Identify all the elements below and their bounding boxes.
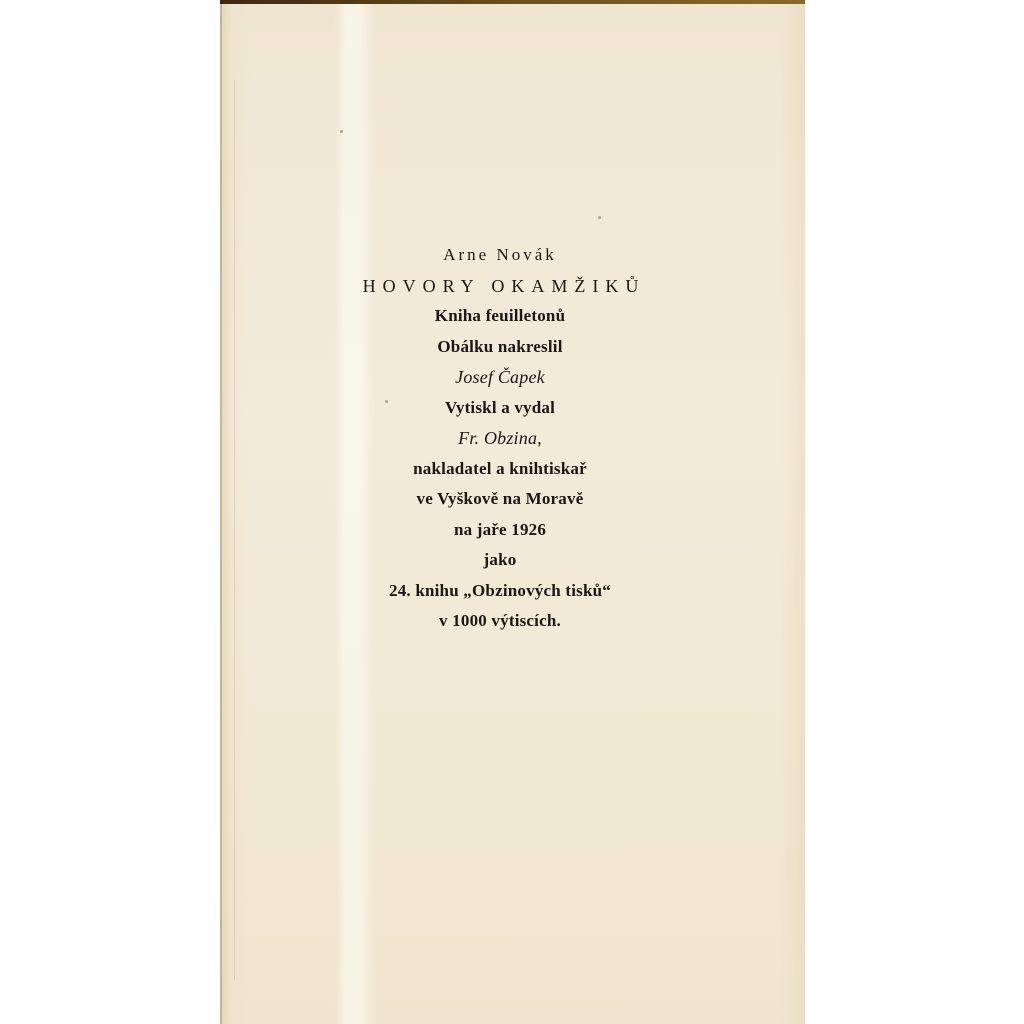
cover-artist-name: Josef Čapek [220, 362, 780, 393]
series-number: 24. knihu „Obzinových tisků“ [220, 576, 780, 607]
printer-label: Vytiskl a vydal [220, 393, 780, 424]
paper-page: Arne Novák HOVORY OKAMŽIKŮ Kniha feuille… [220, 0, 805, 1024]
print-run: v 1000 výtiscích. [220, 606, 780, 637]
publisher-name: Fr. Obzina, [220, 423, 780, 454]
cover-credit-label: Obálku nakreslil [220, 332, 780, 363]
author-name: Arne Novák [220, 240, 780, 271]
publisher-location: ve Vyškově na Moravě [220, 484, 780, 515]
publisher-role: nakladatel a knihtiskař [220, 454, 780, 485]
paper-speck [340, 130, 343, 133]
paper-speck [598, 216, 601, 219]
colophon-text-block: Arne Novák HOVORY OKAMŽIKŮ Kniha feuille… [220, 240, 780, 637]
book-title: HOVORY OKAMŽIKŮ [228, 271, 780, 302]
page-top-edge [220, 0, 805, 4]
publication-date: na jaře 1926 [220, 515, 780, 546]
book-subtitle: Kniha feuilletonů [220, 301, 780, 332]
connector-text: jako [220, 545, 780, 576]
